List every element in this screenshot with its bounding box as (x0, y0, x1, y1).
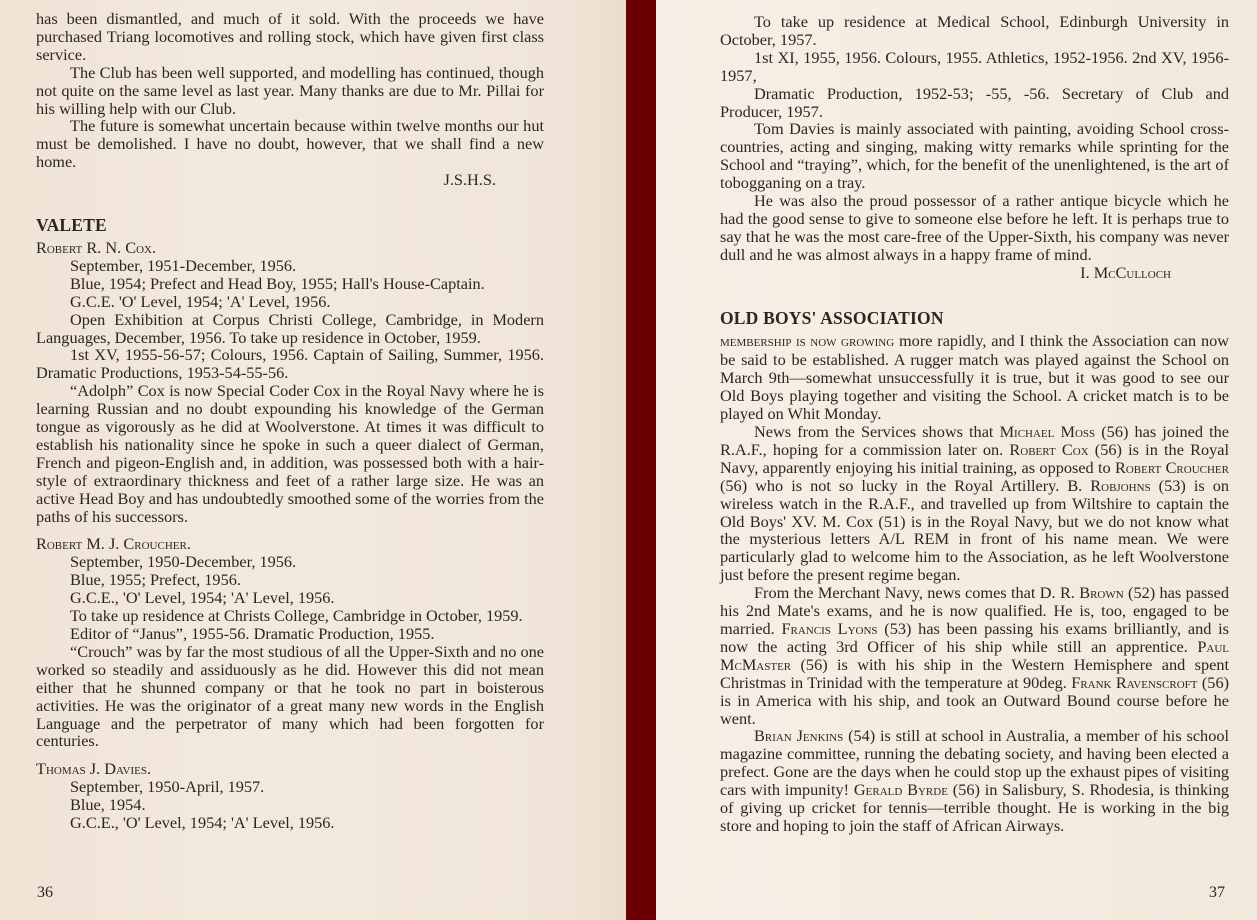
entry-profile: He was also the proud possessor of a rat… (720, 192, 1229, 264)
entry-name: Robert M. J. Croucher. (36, 535, 544, 553)
person-name: Brian Jenkins (754, 726, 843, 745)
lead-in: membership is now growing (720, 334, 894, 350)
entry-residence: To take up residence at Medical School, … (720, 13, 1229, 49)
entry-profile: Tom Davies is mainly associated with pai… (720, 120, 1229, 192)
person-name: Frank Ravenscroft (1071, 673, 1197, 692)
right-page: To take up residence at Medical School, … (656, 0, 1257, 920)
entry-honours: Blue, 1954; Prefect and Head Boy, 1955; … (36, 275, 544, 293)
valete-entry-davies: Thomas J. Davies. September, 1950-April,… (36, 760, 544, 832)
entry-gce: G.C.E., 'O' Level, 1954; 'A' Level, 1956… (36, 589, 544, 607)
entry-honours: Blue, 1954. (36, 796, 544, 814)
page-number: 36 (37, 884, 53, 902)
paragraph: The future is somewhat uncertain because… (36, 117, 544, 171)
person-name: Francis Lyons (781, 619, 877, 638)
entry-profile: “Adolph” Cox is now Special Coder Cox in… (36, 382, 544, 525)
paragraph: Brian Jenkins (54) is still at school in… (720, 727, 1229, 834)
valete-entry-davies-continued: To take up residence at Medical School, … (720, 13, 1229, 282)
old-boys-association: membership is now growing more rapidly, … (720, 332, 1229, 835)
entry-dates: September, 1951-December, 1956. (36, 257, 544, 275)
signature: I. McCulloch (720, 264, 1229, 282)
text: (56) who is not so lucky in the Royal Ar… (720, 476, 1090, 495)
entry-gce: G.C.E., 'O' Level, 1954; 'A' Level, 1956… (36, 814, 544, 832)
page-number: 37 (1209, 884, 1225, 902)
entry-activities: Editor of “Janus”, 1955-56. Dramatic Pro… (36, 625, 544, 643)
entry-exhibition: Open Exhibition at Corpus Christi Colleg… (36, 311, 544, 347)
text: From the Merchant Navy, news comes that … (754, 583, 1079, 602)
entry-sport: 1st XV, 1955-56-57; Colours, 1956. Capta… (36, 346, 544, 382)
entry-profile: “Crouch” was by far the most studious of… (36, 643, 544, 750)
valete-entry-cox: Robert R. N. Cox. September, 1951-Decemb… (36, 239, 544, 526)
book-spread: has been dismantled, and much of it sold… (0, 0, 1257, 920)
entry-gce: G.C.E. 'O' Level, 1954; 'A' Level, 1956. (36, 293, 544, 311)
entry-sport: 1st XI, 1955, 1956. Colours, 1955. Athle… (720, 49, 1229, 85)
book-gutter (626, 0, 656, 920)
club-report: has been dismantled, and much of it sold… (36, 10, 544, 189)
text: News from the Services shows that (754, 422, 1000, 441)
entry-name: Thomas J. Davies. (36, 760, 544, 778)
entry-name: Robert R. N. Cox. (36, 239, 544, 257)
paragraph: membership is now growing more rapidly, … (720, 332, 1229, 424)
person-name: Gerald Byrde (854, 780, 948, 799)
person-name: Brown (1079, 583, 1123, 602)
signature: J.S.H.S. (36, 171, 544, 189)
entry-honours: Blue, 1955; Prefect, 1956. (36, 571, 544, 589)
paragraph: has been dismantled, and much of it sold… (36, 10, 544, 64)
person-name: Robert Cox (1009, 440, 1088, 459)
valete-entry-croucher: Robert M. J. Croucher. September, 1950-D… (36, 535, 544, 750)
entry-drama: Dramatic Production, 1952-53; -55, -56. … (720, 85, 1229, 121)
paragraph: The Club has been well supported, and mo… (36, 64, 544, 118)
section-heading-old-boys: OLD BOYS' ASSOCIATION (720, 310, 1229, 328)
entry-dates: September, 1950-April, 1957. (36, 778, 544, 796)
person-name: Robjohns (1090, 476, 1150, 495)
person-name: Robert Croucher (1115, 458, 1229, 477)
paragraph: From the Merchant Navy, news comes that … (720, 584, 1229, 727)
person-name: Michael Moss (1000, 422, 1096, 441)
paragraph: News from the Services shows that Michae… (720, 423, 1229, 584)
left-page: has been dismantled, and much of it sold… (0, 0, 626, 920)
entry-dates: September, 1950-December, 1956. (36, 553, 544, 571)
section-heading-valete: VALETE (36, 217, 544, 235)
entry-residence: To take up residence at Christs College,… (36, 607, 544, 625)
